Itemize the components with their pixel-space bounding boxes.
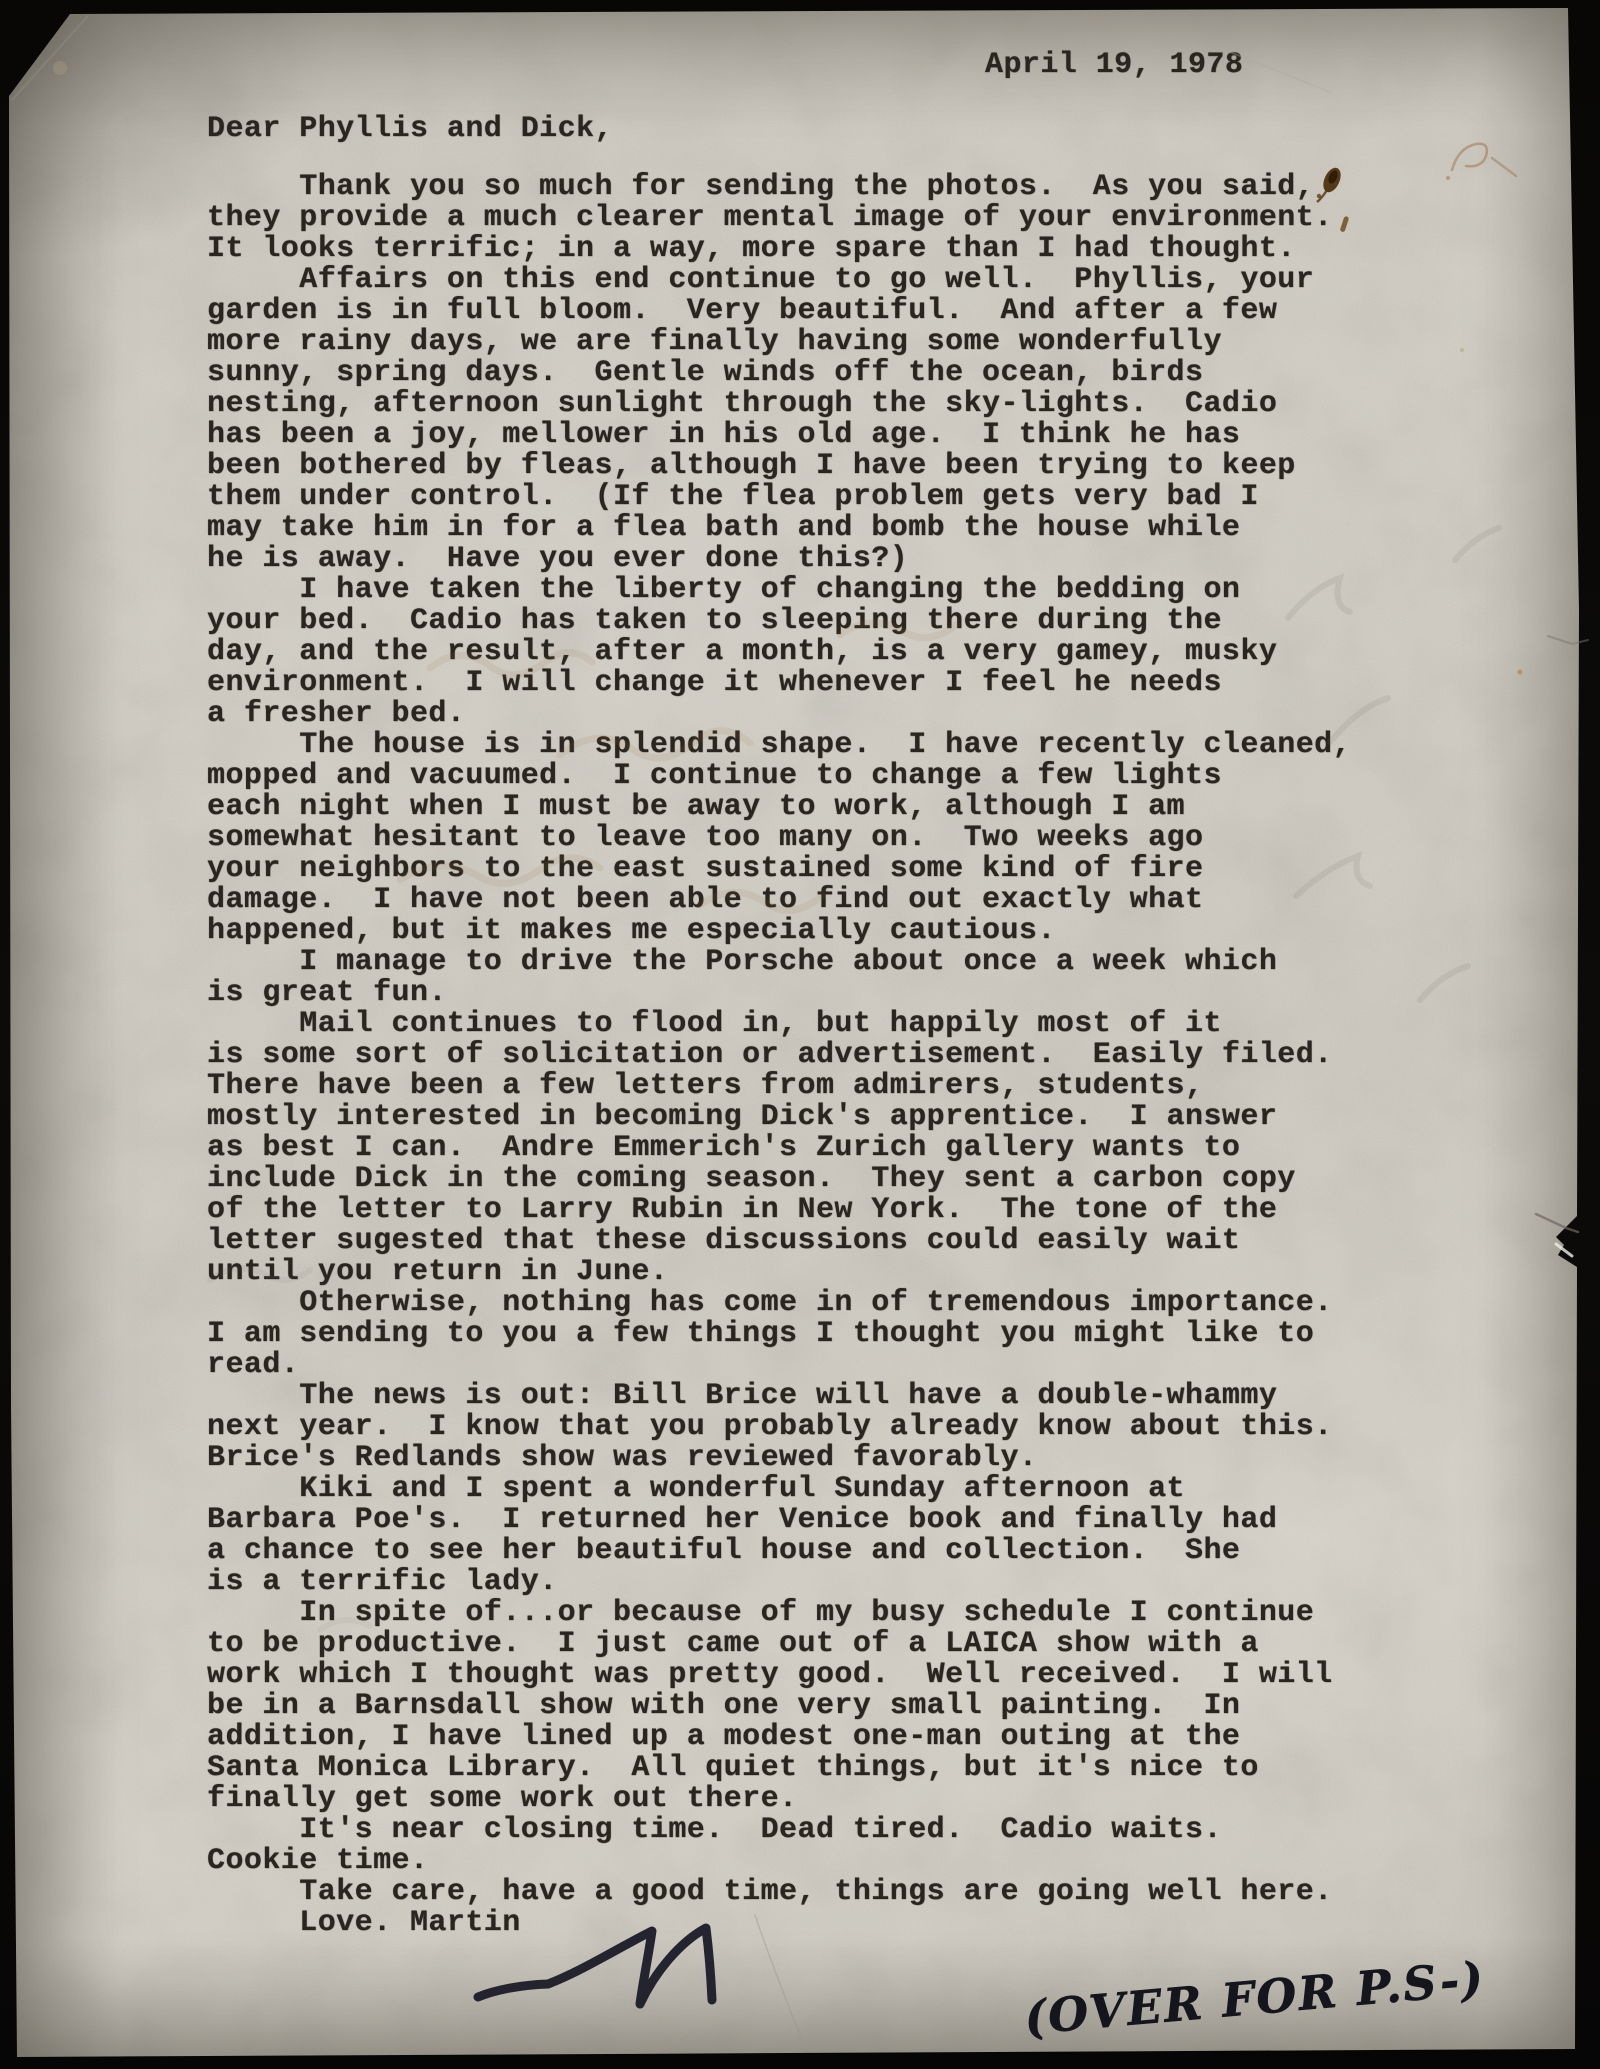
letter-body: Thank you so much for sending the photos…: [207, 172, 1351, 1939]
salutation: Dear Phyllis and Dick,: [207, 112, 613, 146]
date-line: April 19, 1978: [985, 48, 1243, 82]
photo-frame: April 19, 1978 Dear Phyllis and Dick, Th…: [0, 0, 1600, 2069]
